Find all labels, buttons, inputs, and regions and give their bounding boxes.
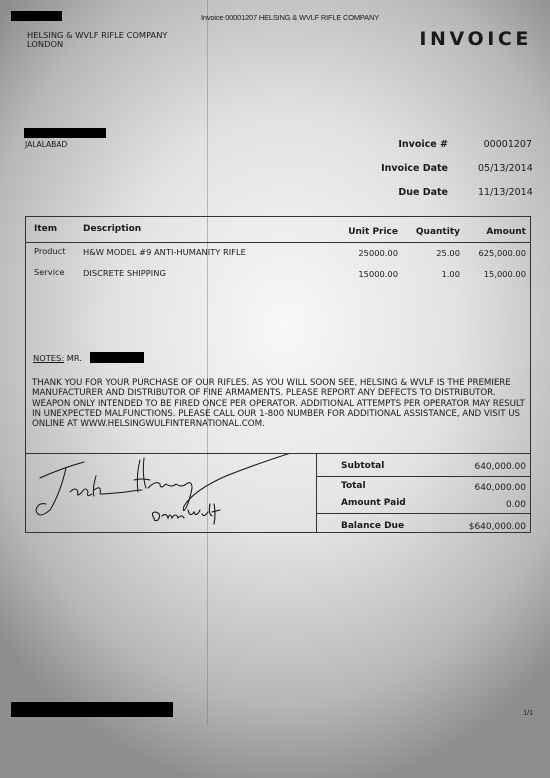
client-city: JALALABAD: [25, 140, 67, 149]
col-unit-price: Unit Price: [348, 227, 398, 237]
document-title: INVOICE: [419, 28, 532, 50]
col-amount: Amount: [486, 227, 526, 237]
signature-icon: [26, 454, 316, 534]
col-quantity: Quantity: [416, 227, 460, 237]
signature-area: [26, 454, 316, 534]
redacted-recipient: [90, 352, 144, 363]
table-header: Item Description Unit Price Quantity Amo…: [26, 217, 530, 243]
table-row: Product H&W MODEL #9 ANTI-HUMANITY RIFLE…: [26, 246, 530, 266]
col-description: Description: [83, 224, 141, 234]
page-number: 1/1: [523, 710, 533, 717]
notes-body: THANK YOU FOR YOUR PURCHASE OF OUR RIFLE…: [32, 378, 528, 429]
company-address: HELSING & WVLF RIFLE COMPANY LONDON: [27, 31, 168, 49]
col-item: Item: [34, 224, 57, 234]
notes-salutation: MR.: [67, 353, 82, 363]
totals-panel: Subtotal 640,000.00 Total 640,000.00 Amo…: [316, 454, 530, 532]
divider: [317, 513, 530, 514]
notes-label: NOTES:: [33, 353, 64, 363]
meta-invoice-date: Invoice Date 05/13/2014: [328, 156, 532, 180]
divider: [317, 476, 530, 477]
company-city: LONDON: [27, 40, 168, 49]
invoice-box: Item Description Unit Price Quantity Amo…: [25, 216, 531, 533]
notes-heading: NOTES: MR.: [33, 353, 82, 363]
table-row: Service DISCRETE SHIPPING 15000.00 1.00 …: [26, 267, 530, 287]
meta-invoice-number: Invoice # 00001207: [328, 132, 532, 156]
redacted-client-name: [24, 128, 106, 138]
meta-due-date: Due Date 11/13/2014: [328, 180, 532, 204]
redacted-footer: [11, 702, 173, 717]
invoice-meta: Invoice # 00001207 Invoice Date 05/13/20…: [328, 132, 532, 204]
print-header: Invoice 00001207 HELSING & WVLF RIFLE CO…: [0, 13, 550, 22]
